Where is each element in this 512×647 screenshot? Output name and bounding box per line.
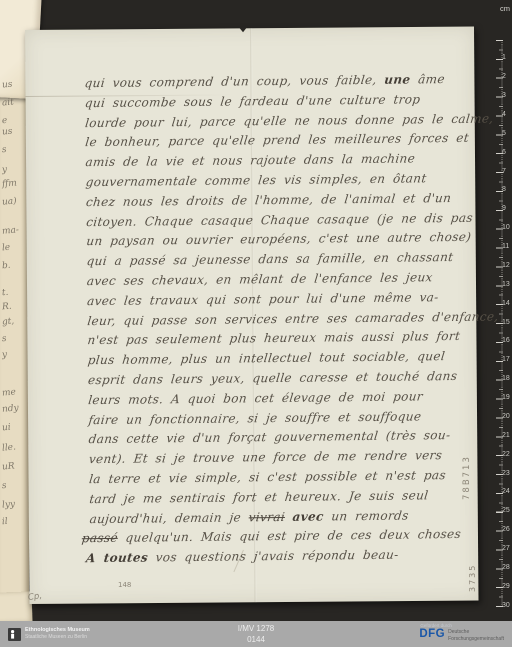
margin-fragment: ua) xyxy=(2,196,18,207)
margin-fragment: il xyxy=(2,517,9,527)
funding-block: Gefördert durch DFG Deutsche Forschungsg… xyxy=(419,623,504,642)
manuscript-segment: leurs mots. A quoi bon cet élevage de mo… xyxy=(88,389,424,407)
margin-fragment: us xyxy=(2,80,13,91)
margin-fragment: y xyxy=(2,165,8,175)
manuscript-segment: plus homme, plus un intellectuel tout so… xyxy=(87,349,446,367)
manuscript-segment: tard je me sentirais fort et heureux. Je… xyxy=(89,488,430,506)
ruler-number: 10 xyxy=(502,224,511,231)
institution-block: Ethnologisches Museum Staatliche Museen … xyxy=(8,627,90,640)
pencil-number-bottom-left: 148 xyxy=(118,581,131,589)
manuscript-segment: n'est pas seulement plus heureux mais au… xyxy=(87,329,461,347)
manuscript-segment: dans cette vie d'un forçat gouvernementa… xyxy=(88,428,451,446)
margin-fragment: le xyxy=(2,243,11,254)
image-number: 0144 xyxy=(238,634,274,645)
ruler-number: 30 xyxy=(502,602,511,609)
manuscript-segment: avec ses chevaux, en mêlant de l'enfance… xyxy=(86,270,433,288)
ruler-number: 29 xyxy=(502,583,511,590)
ruler-number: 16 xyxy=(502,337,511,344)
margin-fragment: ui xyxy=(2,423,12,434)
margin-fragment: y xyxy=(2,350,8,360)
margin-fragment: t. xyxy=(2,288,9,299)
ruler-number: 11 xyxy=(502,243,511,250)
ruler-number: 15 xyxy=(502,319,511,326)
ruler-number: 12 xyxy=(502,262,511,269)
ruler-number: 6 xyxy=(502,149,511,156)
ruler-number: 9 xyxy=(502,205,511,212)
cm-ruler: cm 1234567891011121314151617181920212223… xyxy=(496,0,512,620)
manuscript-segment: le bonheur, parce qu'elle prend les meil… xyxy=(85,131,470,149)
manuscript-word-strike: passé xyxy=(81,531,119,545)
margin-fragment: lyy xyxy=(2,499,16,510)
ruler-number: 24 xyxy=(502,488,511,495)
ruler-number: 25 xyxy=(502,507,511,514)
ruler-number: 2 xyxy=(502,73,511,80)
margin-fragment: ait xyxy=(2,98,15,109)
ruler-number: 14 xyxy=(502,300,511,307)
margin-fragment: ndy xyxy=(2,403,19,414)
manuscript-segment: lourde pour lui, parce qu'elle ne nous d… xyxy=(84,111,494,130)
manuscript-segment: quelqu'un. Mais qui est pire de ces deux… xyxy=(117,527,462,545)
manuscript-segment: avec les travaux qui sont pour lui d'une… xyxy=(86,290,439,308)
margin-fragment: b. xyxy=(2,261,11,272)
margin-fragment: me xyxy=(2,387,17,398)
ruler-number: 17 xyxy=(502,356,511,363)
ruler-number: 13 xyxy=(502,281,511,288)
ruler-number: 8 xyxy=(502,186,511,193)
manuscript-segment: un paysan ou ouvrier européens, c'est un… xyxy=(86,230,472,248)
margin-fragment: e xyxy=(2,116,8,126)
ruler-number: 28 xyxy=(502,564,511,571)
manuscript-segment: citoyen. Chaque casaque Chaque casaque (… xyxy=(85,210,473,228)
manuscript-segment: qui a passé sa jeunesse dans sa famille,… xyxy=(86,250,454,268)
ruler-number: 22 xyxy=(502,451,511,458)
ruler-number: 3 xyxy=(502,92,511,99)
manuscript-segment: qui vous comprend d'un coup, vous faible… xyxy=(84,73,385,90)
dfg-logo: DFG xyxy=(419,628,445,640)
pencil-annotation-bottom: 3735 xyxy=(468,550,477,592)
ruler-number: 7 xyxy=(502,168,511,175)
ruler-number: 18 xyxy=(502,375,511,382)
manuscript-segment: amis de la vie et nous rajoute dans la m… xyxy=(85,152,416,170)
manuscript-segment: vos questions j'avais répondu beau- xyxy=(147,548,399,565)
manuscript-segment: esprit dans leurs yeux, quelle caresse e… xyxy=(87,369,458,387)
pencil-annotation-side: 78B713 xyxy=(462,420,472,500)
ruler-number: 20 xyxy=(502,413,511,420)
institution-name: Ethnologisches Museum xyxy=(25,627,90,634)
manuscript-segment: qui succombe sous le fardeau d'une cultu… xyxy=(84,92,421,110)
manuscript-segment: âme xyxy=(410,72,446,86)
manuscript-segment: aujourd'hui, demain je xyxy=(89,510,250,526)
margin-fragment: lle. xyxy=(2,442,17,453)
margin-fragment: uR xyxy=(2,461,15,472)
pencil-squiggle-bottom-left: Cp, xyxy=(27,591,42,603)
smb-pictogram-icon xyxy=(8,628,21,641)
manuscript-word-blot: A toutes xyxy=(85,551,149,566)
dfg-name-line1: Deutsche xyxy=(448,629,469,635)
institution-subtitle: Staatliche Museen zu Berlin xyxy=(25,634,90,640)
shelfmark-block: I/MV 1278 0144 xyxy=(238,623,274,645)
shelfmark: I/MV 1278 xyxy=(238,623,274,634)
ruler-number: 26 xyxy=(502,526,511,533)
manuscript-segment: la terre et vie simple, si c'est possibl… xyxy=(88,468,446,486)
manuscript-word-strike: vivrai xyxy=(248,509,286,523)
ruler-number: 23 xyxy=(502,470,511,477)
dfg-name-line2: Forschungsgemeinschaft xyxy=(448,636,504,642)
manuscript-segment: chez nous les droits de l'homme, de l'an… xyxy=(85,191,452,209)
margin-fragment: s xyxy=(2,145,7,155)
manuscript-line: A toutes vos questions j'avais répondu b… xyxy=(85,545,463,569)
manuscript-text: qui vous comprend d'un coup, vous faible… xyxy=(84,70,462,569)
manuscript-word-blot: une xyxy=(384,72,412,86)
manuscript-segment: un remords xyxy=(323,508,410,523)
margin-fragment: ffm xyxy=(2,178,18,189)
manuscript-segment: leur, qui passe son services entre ses c… xyxy=(87,309,500,328)
ruler-number: 1 xyxy=(502,54,511,61)
digitized-manuscript-viewer: usaiteussyffmua)ma-leb.t.R.gt,symendyuil… xyxy=(0,0,512,647)
page-tear-notch xyxy=(239,27,247,32)
margin-fragment: gt, xyxy=(2,316,15,327)
ruler-number: 4 xyxy=(502,111,511,118)
ruler-number: 21 xyxy=(502,432,511,439)
smb-logo xyxy=(8,628,21,641)
manuscript-word-blot: avec xyxy=(292,509,325,523)
margin-fragment: ma- xyxy=(2,225,20,236)
margin-fragment: s xyxy=(2,481,7,491)
ruler-unit-label: cm xyxy=(500,4,510,13)
manuscript-segment: gouvernamentale comme les vis simples, e… xyxy=(85,171,427,189)
manuscript-segment: faire un fonctionnaire, si je souffre et… xyxy=(88,409,422,427)
manuscript-segment: vent). Et si je trouve une force de me r… xyxy=(88,448,443,466)
ruler-number: 27 xyxy=(502,545,511,552)
ruler-number: 19 xyxy=(502,394,511,401)
footer-bar: Ethnologisches Museum Staatliche Museen … xyxy=(0,621,512,647)
ruler-number: 5 xyxy=(502,130,511,137)
margin-fragment: R. xyxy=(2,302,12,313)
manuscript-page: qui vous comprend d'un coup, vous faible… xyxy=(25,26,478,604)
dfg-name: Deutsche Forschungsgemeinschaft xyxy=(448,628,504,642)
margin-fragment: s xyxy=(2,334,7,344)
margin-fragment: us xyxy=(2,127,13,138)
